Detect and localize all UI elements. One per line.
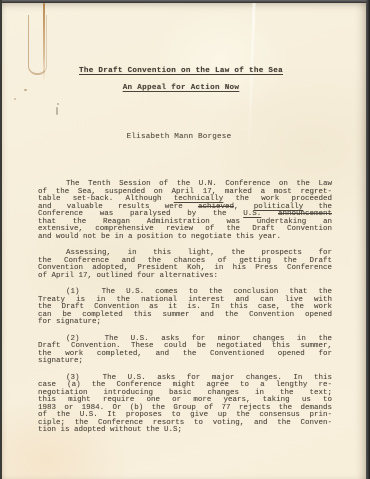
- paragraph: (1) The U.S. comes to the conclusion tha…: [38, 289, 332, 327]
- text-line: for signature;: [38, 319, 332, 327]
- scanner-frame-right: [366, 0, 370, 479]
- paperclip-stain: [28, 15, 47, 75]
- author-line: Elisabeth Mann Borgese: [2, 133, 356, 141]
- text-line: signature;: [38, 358, 332, 366]
- document-body: The Tenth Session of the U.N. Conference…: [38, 181, 332, 444]
- paragraph: (2) The U.S. asks for minor changes in t…: [38, 336, 332, 366]
- text-line: and would not be in a position to negoti…: [38, 234, 332, 242]
- ink-speck: [56, 107, 58, 115]
- paragraph: The Tenth Session of the U.N. Conference…: [38, 181, 332, 241]
- paper-crease: [247, 3, 255, 153]
- document-subtitle: An Appeal for Action Now: [2, 84, 360, 92]
- text-line: tion is adopted without the U.S;: [38, 427, 332, 435]
- document-page: The Draft Convention on the Law of the S…: [2, 3, 366, 479]
- paragraph: Assessing, in this light, the prospects …: [38, 250, 332, 280]
- ink-speck: [14, 98, 16, 100]
- paragraph: (3) The U.S. asks for major changes. In …: [38, 375, 332, 435]
- ink-speck: [57, 103, 59, 105]
- document-title: The Draft Convention on the Law of the S…: [2, 67, 360, 75]
- text-line: of April 17, outlined four alternatives:: [38, 273, 332, 281]
